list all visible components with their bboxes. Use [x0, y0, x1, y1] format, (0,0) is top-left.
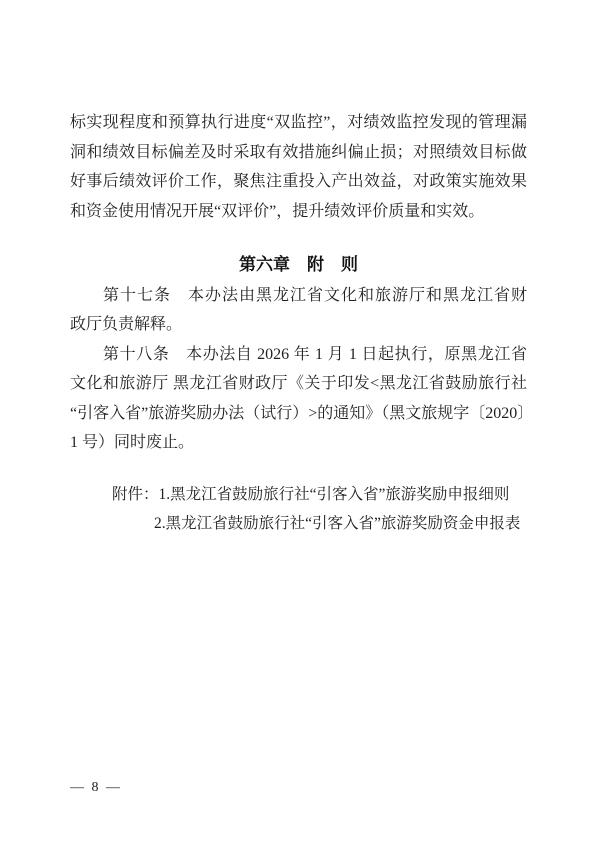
chapter-heading: 第六章 附 则 — [70, 251, 527, 281]
article-17-line-1: 第十七条 本办法由黑龙江省文化和旅游厅和黑龙江省财 — [70, 281, 527, 311]
article-18-line-1: 第十八条 本办法自 2026 年 1 月 1 日起执行，原黑龙江省 — [70, 340, 527, 370]
article-18-line-3: “引客入省”旅游奖励办法（试行）>的通知》（黑文旅规字〔2020〕 — [70, 399, 527, 429]
document-body: 标实现程度和预算执行进度“双监控”，对绩效监控发现的管理漏 洞和绩效目标偏差及时… — [70, 108, 527, 539]
attachments-label: 附件： — [112, 486, 159, 503]
article-18-line-4: 1 号）同时废止。 — [70, 428, 527, 458]
attachment-item-1: 1.黑龙江省鼓励旅行社“引客入省”旅游奖励申报细则 — [159, 486, 510, 503]
attachments-block: 附件：1.黑龙江省鼓励旅行社“引客入省”旅游奖励申报细则 2.黑龙江省鼓励旅行社… — [70, 480, 527, 539]
continuation-paragraph-line-2: 洞和绩效目标偏差及时采取有效措施纠偏止损；对照绩效目标做 — [70, 138, 527, 168]
continuation-paragraph-line-3: 好事后绩效评价工作，聚焦注重投入产出效益，对政策实施效果 — [70, 167, 527, 197]
article-18-line-2: 文化和旅游厅 黑龙江省财政厅《关于印发<黑龙江省鼓励旅行社 — [70, 369, 527, 399]
attachment-item-2: 2.黑龙江省鼓励旅行社“引客入省”旅游奖励资金申报表 — [70, 509, 527, 539]
continuation-paragraph-line-4: 和资金使用情况开展“双评价”，提升绩效评价质量和实效。 — [70, 197, 527, 227]
page-number: — 8 — — [70, 780, 122, 796]
document-page: 标实现程度和预算执行进度“双监控”，对绩效监控发现的管理漏 洞和绩效目标偏差及时… — [0, 0, 595, 842]
article-17-line-2: 政厅负责解释。 — [70, 310, 527, 340]
attachment-row-1: 附件：1.黑龙江省鼓励旅行社“引客入省”旅游奖励申报细则 — [70, 480, 527, 510]
continuation-paragraph-line-1: 标实现程度和预算执行进度“双监控”，对绩效监控发现的管理漏 — [70, 108, 527, 138]
